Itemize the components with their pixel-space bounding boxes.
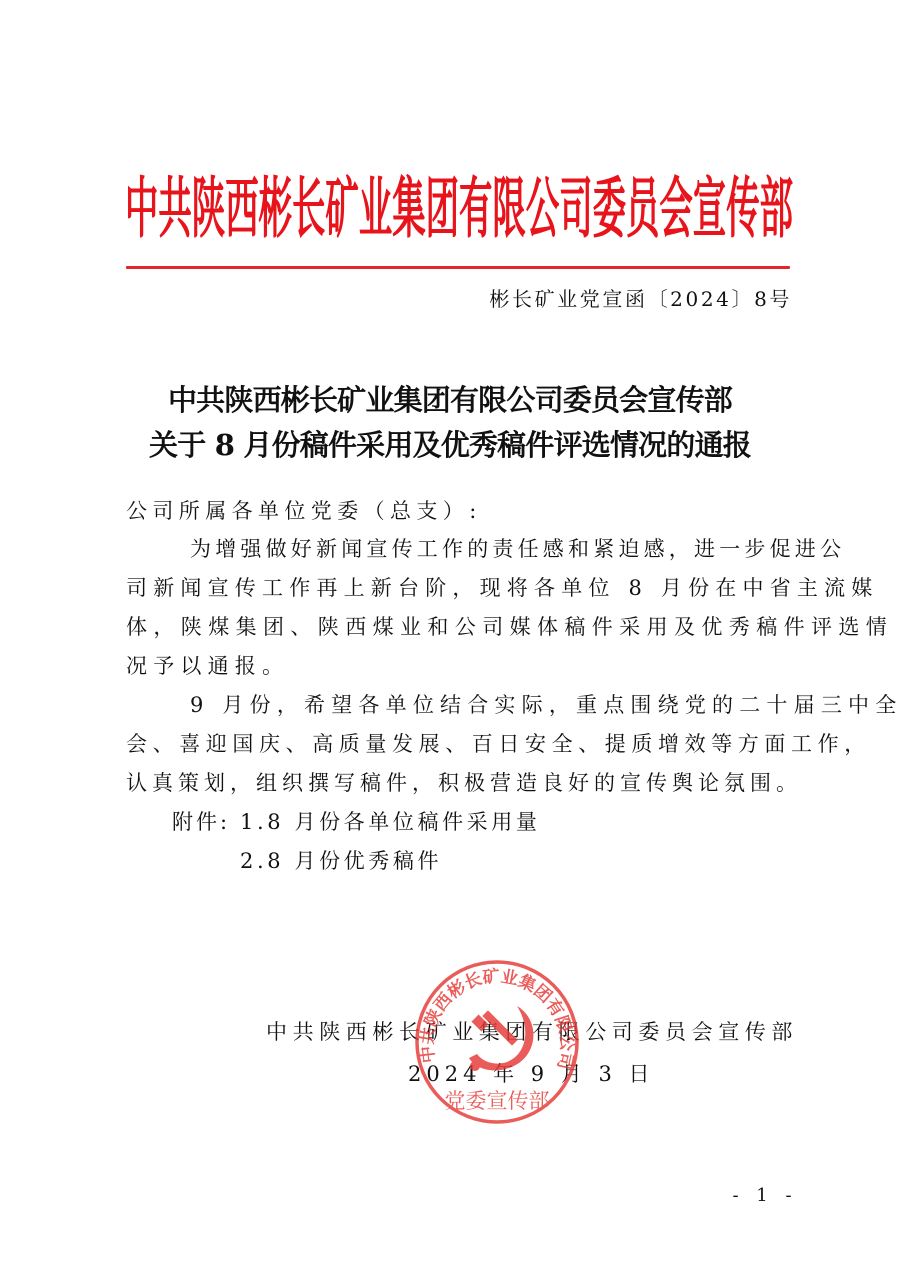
paragraph-1-line-4: 况予以通报。 [126,647,798,686]
letterhead: 中共陕西彬长矿业集团有限公司委员会宣传部 [125,168,795,242]
attachment-item-1: 1.8 月份各单位稿件采用量 [240,803,540,842]
paragraph-2-line-3: 认真策划，组织撰写稿件，积极营造良好的宣传舆论氛围。 [126,764,798,803]
svg-text:中共陕西彬长矿业集团有限公司委员会: 中共陕西彬长矿业集团有限公司委员会 [413,958,576,1071]
official-seal: 中共陕西彬长矿业集团有限公司委员会 党委宣传部 [413,958,581,1126]
document-number: 彬长矿业党宣函〔2024〕8号 [466,284,792,314]
page-number: - 1 - [730,1182,800,1210]
paragraph-2-line-2: 会、喜迎国庆、高质量发展、百日安全、提质增效等方面工作， [126,725,798,764]
paragraph-1-line-1: 为增强做好新闻宣传工作的责任感和紧迫感，进一步促进公 [126,530,798,569]
paragraph-2-line-1: 9 月份，希望各单位结合实际，重点围绕党的二十届三中全 [126,686,798,725]
document-title-line-1: 中共陕西彬长矿业集团有限公司委员会宣传部 [100,378,800,422]
party-seal-icon: 中共陕西彬长矿业集团有限公司委员会 党委宣传部 [413,958,581,1126]
paragraph-1-line-2: 司新闻宣传工作再上新台阶，现将各单位 8 月份在中省主流媒 [126,569,798,608]
attachments-label: 附件: [172,803,242,842]
seal-ring-text: 中共陕西彬长矿业集团有限公司委员会 [413,958,576,1071]
hammer-sickle-icon [469,1006,533,1071]
paragraph-1-line-3: 体，陕煤集团、陕西煤业和公司媒体稿件采用及优秀稿件评选情 [126,608,798,647]
letterhead-title: 中共陕西彬长矿业集团有限公司委员会宣传部 [125,168,795,242]
seal-center-text: 党委宣传部 [445,1089,550,1113]
attachment-item-2: 2.8 月份优秀稿件 [240,842,540,881]
letterhead-text: 中共陕西彬长矿业集团有限公司委员会宣传部 [125,171,793,242]
document-title-line-2: 关于 8 月份稿件采用及优秀稿件评选情况的通报 [100,423,800,467]
letterhead-divider [126,266,790,269]
salutation: 公司所属各单位党委（总支）: [126,492,798,531]
